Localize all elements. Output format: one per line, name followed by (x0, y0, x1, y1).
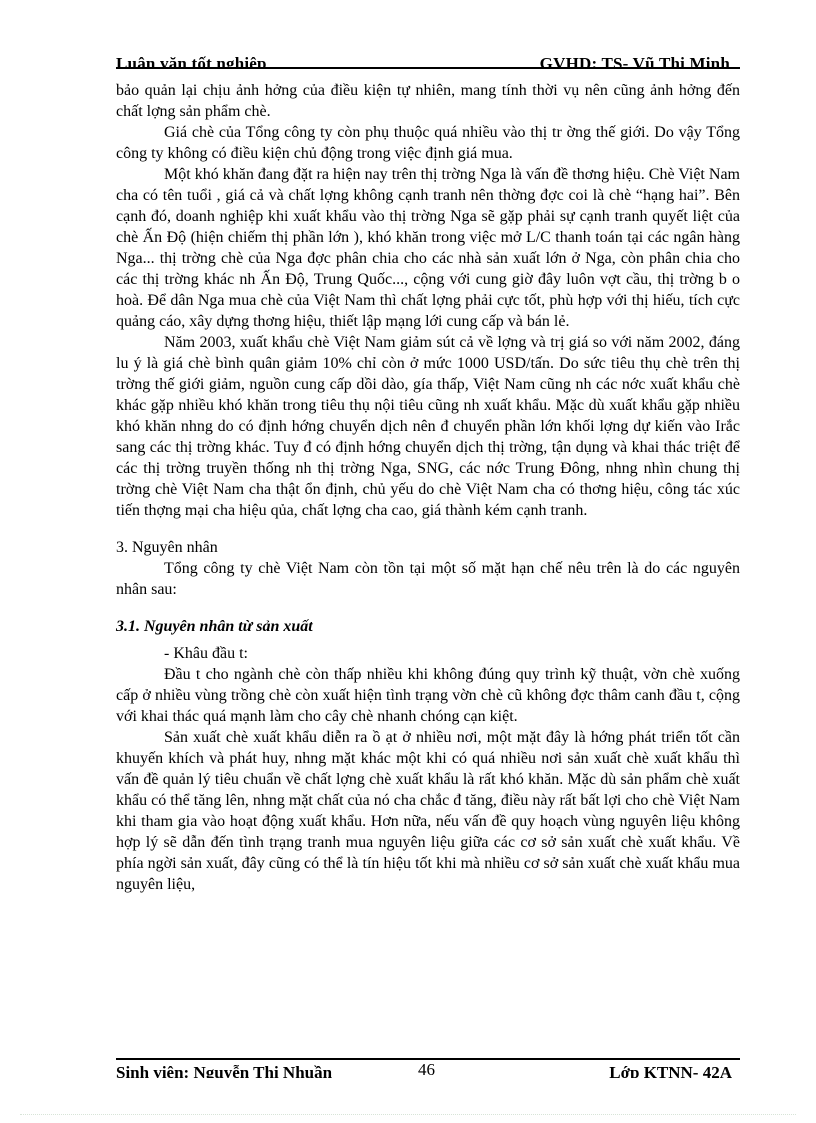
paragraph-investment: Đầu t cho ngành chè còn thấp nhiều khi k… (116, 664, 740, 727)
section-intro: Tổng công ty chè Việt Nam còn tồn tại mộ… (116, 558, 740, 600)
page-number: 46 (418, 1062, 435, 1078)
header-supervisor: GVHD: TS- Vũ Thị Minh (540, 54, 730, 69)
subsection-heading: 3.1. Nguyên nhân từ sản xuất (116, 616, 740, 637)
paragraph-continuation: bảo quản lại chịu ảnh hởng của điều kiện… (116, 80, 740, 122)
section-heading: 3. Nguyên nhân (116, 537, 740, 558)
footer-student-name: Sinh viên: Nguyễn Thị Nhuần (116, 1063, 332, 1078)
paragraph-price-dependence: Giá chè của Tổng công ty còn phụ thuộc q… (116, 122, 740, 164)
paragraph-2003-exports: Năm 2003, xuất khẩu chè Việt Nam giảm sú… (116, 332, 740, 521)
page-header: Luận văn tốt nghiệp GVHD: TS- Vũ Thị Min… (116, 48, 740, 69)
page-footer: Sinh viên: Nguyễn Thị Nhuần 46 Lớp KTNN-… (116, 1062, 740, 1078)
spacer (116, 521, 740, 537)
page-bottom-border (20, 1114, 796, 1115)
footer-class: Lớp KTNN- 42A (609, 1063, 732, 1078)
header-thesis-title: Luận văn tốt nghiệp (116, 54, 267, 69)
spacer (116, 600, 740, 616)
document-body: bảo quản lại chịu ảnh hởng của điều kiện… (116, 80, 740, 895)
list-item-investment: - Khâu đầu t: (116, 643, 740, 664)
paragraph-production: Sản xuất chè xuất khẩu diễn ra ồ ạt ở nh… (116, 727, 740, 895)
paragraph-russia-market: Một khó khăn đang đặt ra hiện nay trên t… (116, 164, 740, 332)
footer-rule (116, 1058, 740, 1060)
document-page: Luận văn tốt nghiệp GVHD: TS- Vũ Thị Min… (0, 0, 816, 1123)
